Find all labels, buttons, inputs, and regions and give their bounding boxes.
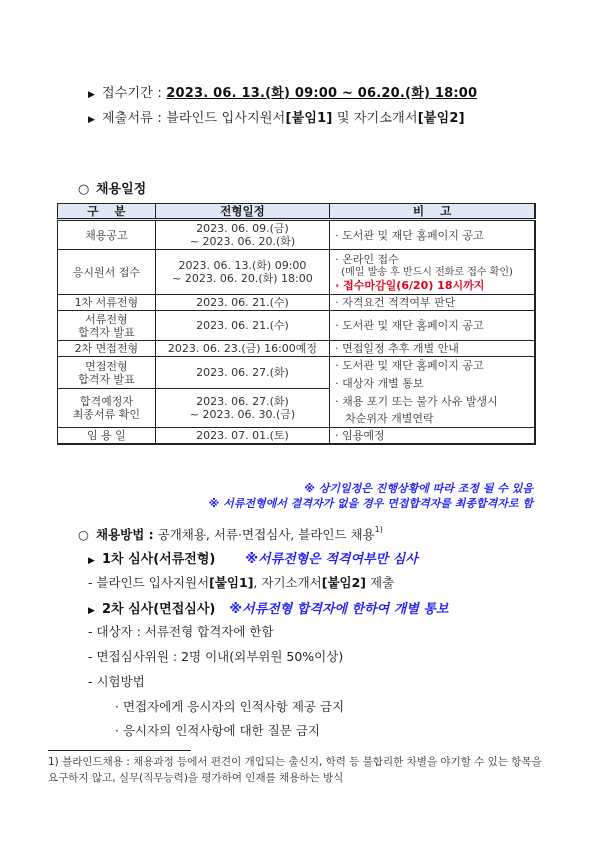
stage-cell: 서류전형합격자 발표	[58, 311, 156, 341]
panel-line: - 면접심사위원 : 2명 이내(외부위원 50%이상)	[88, 647, 343, 665]
docs-label: 제출서류 : 블라인드 입사지원서	[102, 111, 285, 126]
notes-cell: · 온라인 접수 (메일 발송 후 반드시 전화로 접수 확인) · 접수마감일…	[330, 250, 535, 295]
stage-line: 면접전형	[62, 360, 151, 373]
attachment-2: [붙임2]	[418, 111, 465, 126]
date-cell: 2023. 06. 21.(수)	[155, 295, 329, 311]
footnote: 1) 블라인드채용 : 채용과정 등에서 편견이 개입되는 출신지, 학력 등 …	[48, 754, 548, 786]
step1-heading: ▶1차 심사(서류전형)※서류전형은 적격여부만 심사	[88, 548, 418, 567]
schedule-section-title: ○채용일정	[78, 178, 146, 197]
date-cell: 2023. 06. 23.(금) 16:00예정	[155, 341, 329, 357]
date-line: 2023. 06. 27.(화)	[160, 395, 325, 408]
table-row: 1차 서류전형 2023. 06. 21.(수) · 자격요건 적격여부 판단	[58, 295, 536, 311]
schedule-remark: ※ 상기일정은 진행상황에 따라 조정 될 수 있음	[304, 480, 533, 496]
exam-rule: · 면접자에게 응시자의 인적사항 제공 금지	[115, 697, 344, 715]
table-row: 임 용 일 2023. 07. 01.(토) · 임용예정	[58, 428, 536, 444]
detail-text: 제출	[366, 575, 394, 590]
circle-bullet-icon: ○	[78, 527, 96, 542]
stage-cell: 면접전형합격자 발표	[58, 357, 156, 389]
stage-line: 합격자 발표	[62, 373, 151, 386]
table-row: 2차 면접전형 2023. 06. 23.(금) 16:00예정 · 면접일정 …	[58, 341, 536, 357]
step1-note: ※서류전형은 적격여부만 심사	[245, 552, 417, 567]
docs-mid: 및 자기소개서	[332, 111, 417, 126]
method-title: 채용방법 :	[96, 527, 154, 542]
notes-cell: · 면접일정 추후 개별 안내	[330, 341, 535, 357]
stage-line: 서류전형	[62, 313, 151, 326]
step1-title: 1차 심사(서류전형)	[102, 552, 215, 567]
date-cell: 2023. 06. 09.(금)~ 2023. 06. 20.(화)	[155, 220, 329, 250]
table-row: 서류전형합격자 발표 2023. 06. 21.(수) · 도서관 및 재단 홈…	[58, 311, 536, 341]
triangle-bullet-icon: ▶	[88, 115, 102, 125]
header-notes: 비 고	[330, 204, 535, 220]
notes-cell: · 도서관 및 재단 홈페이지 공고	[330, 311, 535, 341]
header-stage: 구 분	[58, 204, 156, 220]
note-line: · 대상자 개별 통보	[335, 375, 530, 393]
date-cell: 2023. 06. 27.(화)~ 2023. 06. 30.(금)	[155, 389, 329, 428]
date-line: ~ 2023. 06. 30.(금)	[160, 408, 325, 421]
detail-text: , 자기소개서	[253, 575, 321, 590]
stage-line: 합격자 발표	[62, 326, 151, 339]
recruitment-method: ○채용방법 : 공개채용, 서류·면접심사, 블라인드 채용1)	[78, 525, 383, 543]
deadline-note: · 접수마감일(6/20) 18시까지	[335, 279, 530, 292]
stage-cell: 1차 서류전형	[58, 295, 156, 311]
table-row: 면접전형합격자 발표 2023. 06. 27.(화) · 도서관 및 재단 홈…	[58, 357, 536, 389]
step2-title: 2차 심사(면접심사)	[102, 602, 215, 617]
application-period: ▶접수기간 : 2023. 06. 13.(화) 09:00 ~ 06.20.(…	[88, 82, 477, 101]
date-cell: 2023. 07. 01.(토)	[155, 428, 329, 444]
table-row: 채용공고 2023. 06. 09.(금)~ 2023. 06. 20.(화) …	[58, 220, 536, 250]
triangle-bullet-icon: ▶	[88, 90, 102, 100]
exam-rule: · 응시자의 인적사항에 대한 질문 금지	[115, 721, 320, 739]
period-value: 2023. 06. 13.(화) 09:00 ~ 06.20.(화) 18:00	[166, 86, 477, 101]
section-title-text: 채용일정	[96, 182, 146, 197]
date-line: 2023. 06. 13.(화) 09:00	[160, 259, 325, 272]
date-line: 2023. 06. 09.(금)	[160, 222, 325, 235]
triangle-bullet-icon: ▶	[88, 556, 102, 566]
target-line: - 대상자 : 서류전형 합격자에 한함	[88, 622, 274, 640]
footnote-divider	[48, 750, 191, 751]
notes-cell: · 도서관 및 재단 홈페이지 공고 · 대상자 개별 통보 · 채용 포기 또…	[330, 357, 535, 428]
table-header-row: 구 분 전형일정 비 고	[58, 204, 536, 220]
stage-cell: 합격예정자최종서류 확인	[58, 389, 156, 428]
footnote-ref: 1)	[375, 525, 383, 534]
date-line: ~ 2023. 06. 20.(화)	[160, 235, 325, 248]
note-line: (메일 발송 후 반드시 전화로 접수 확인)	[335, 266, 530, 279]
header-date: 전형일정	[155, 204, 329, 220]
attachment-2: [붙임2]	[322, 575, 366, 590]
date-cell: 2023. 06. 27.(화)	[155, 357, 329, 389]
date-cell: 2023. 06. 21.(수)	[155, 311, 329, 341]
notes-cell: · 도서관 및 재단 홈페이지 공고	[330, 220, 535, 250]
date-line: ~ 2023. 06. 20.(화) 18:00	[160, 272, 325, 285]
stage-cell: 채용공고	[58, 220, 156, 250]
period-label: 접수기간 :	[102, 86, 166, 101]
step2-note: ※서류전형 합격자에 한하여 개별 통보	[229, 602, 448, 617]
notes-cell: · 자격요건 적격여부 판단	[330, 295, 535, 311]
note-line: · 온라인 접수	[335, 253, 530, 266]
note-line: · 도서관 및 재단 홈페이지 공고	[335, 357, 530, 375]
method-summary: 공개채용, 서류·면접심사, 블라인드 채용	[154, 527, 375, 542]
schedule-remark: ※ 서류전형에서 결격자가 없을 경우 면접합격자를 최종합격자로 함	[209, 495, 533, 511]
stage-cell: 2차 면접전형	[58, 341, 156, 357]
stage-cell: 임 용 일	[58, 428, 156, 444]
circle-bullet-icon: ○	[78, 182, 96, 197]
stage-cell: 응시원서 접수	[58, 250, 156, 295]
stage-line: 합격예정자	[62, 395, 151, 408]
detail-text: - 블라인드 입사지원서	[88, 575, 209, 590]
step1-detail: - 블라인드 입사지원서[붙임1], 자기소개서[붙임2] 제출	[88, 573, 394, 591]
stage-line: 최종서류 확인	[62, 408, 151, 421]
attachment-1: [붙임1]	[285, 111, 332, 126]
attachment-1: [붙임1]	[209, 575, 253, 590]
exam-method-line: - 시험방법	[88, 672, 145, 690]
schedule-table: 구 분 전형일정 비 고 채용공고 2023. 06. 09.(금)~ 2023…	[57, 203, 536, 445]
note-line: · 채용 포기 또는 불가 사유 발생시	[335, 393, 530, 411]
triangle-bullet-icon: ▶	[88, 606, 102, 616]
required-documents: ▶제출서류 : 블라인드 입사지원서[붙임1] 및 자기소개서[붙임2]	[88, 107, 465, 126]
note-line: 차순위자 개별연락	[335, 411, 530, 427]
date-cell: 2023. 06. 13.(화) 09:00~ 2023. 06. 20.(화)…	[155, 250, 329, 295]
notes-cell: · 임용예정	[330, 428, 535, 444]
table-row: 응시원서 접수 2023. 06. 13.(화) 09:00~ 2023. 06…	[58, 250, 536, 295]
step2-heading: ▶2차 심사(면접심사)※서류전형 합격자에 한하여 개별 통보	[88, 598, 449, 617]
